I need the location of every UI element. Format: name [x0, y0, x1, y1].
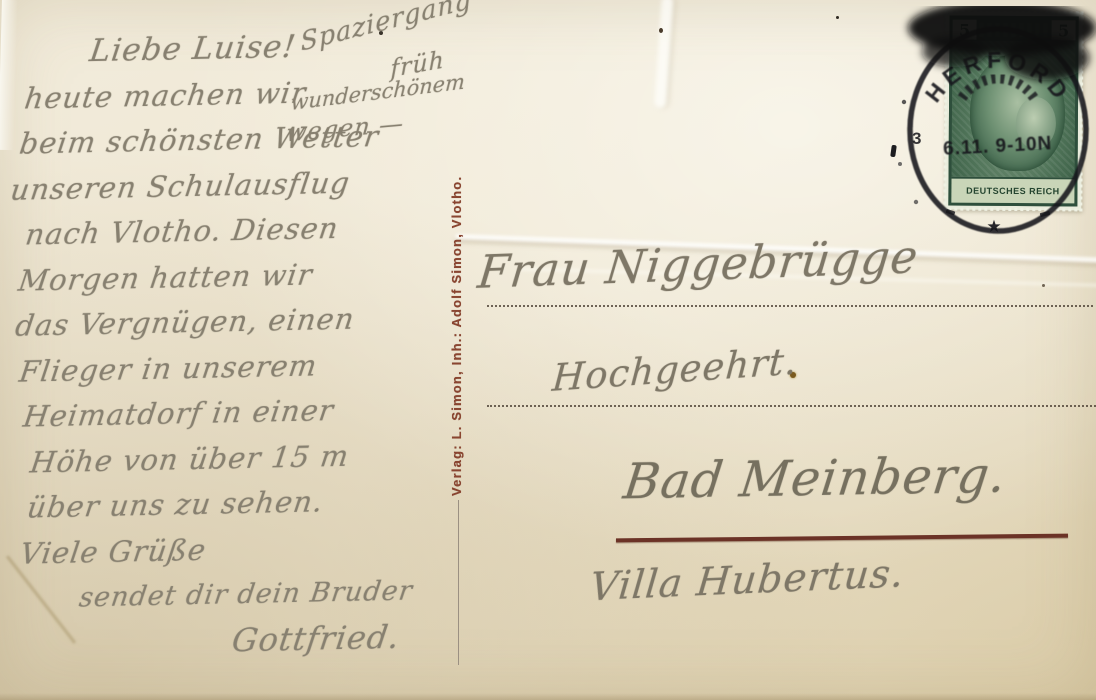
postmark: HERFORD 6.11. 9-10N 3 ★ — [882, 6, 1096, 254]
address-honorific: Hochgeehrt. — [551, 339, 799, 399]
postmark-dot — [914, 200, 918, 204]
postmark-tick-band — [962, 78, 1034, 98]
message-signature: Gottfried. — [229, 613, 479, 664]
postmark-dot — [902, 100, 906, 104]
ink-speck — [1042, 284, 1045, 287]
postmark-date: 6.11. 9-10N — [943, 133, 1053, 160]
address-dotted-line-2 — [487, 405, 1096, 407]
paper-edge-shadow — [0, 693, 1096, 700]
address-dotted-line-1 — [487, 305, 1093, 307]
postmark-star: ★ — [986, 217, 1001, 237]
message-block: Liebe Luise! heute machen wir beim schön… — [7, 21, 476, 667]
publisher-imprint: Verlag: L. Simon, Inh.: Adolf Simon, Vlo… — [449, 26, 464, 496]
address-city-underline — [616, 534, 1068, 542]
address-street: Villa Hubertus. — [588, 551, 907, 610]
ink-speck — [836, 16, 839, 19]
message-line: sendet dir dein Bruder — [76, 567, 478, 621]
address-city: Bad Meinberg. — [621, 447, 1010, 511]
postcard-back: Liebe Luise! heute machen wir beim schön… — [0, 0, 1096, 700]
postmark-dot — [898, 162, 902, 166]
divider-line — [458, 500, 459, 665]
postmark-side-numeral: 3 — [912, 129, 921, 148]
crease-top-vertical — [654, 0, 674, 108]
ink-speck — [659, 28, 663, 33]
